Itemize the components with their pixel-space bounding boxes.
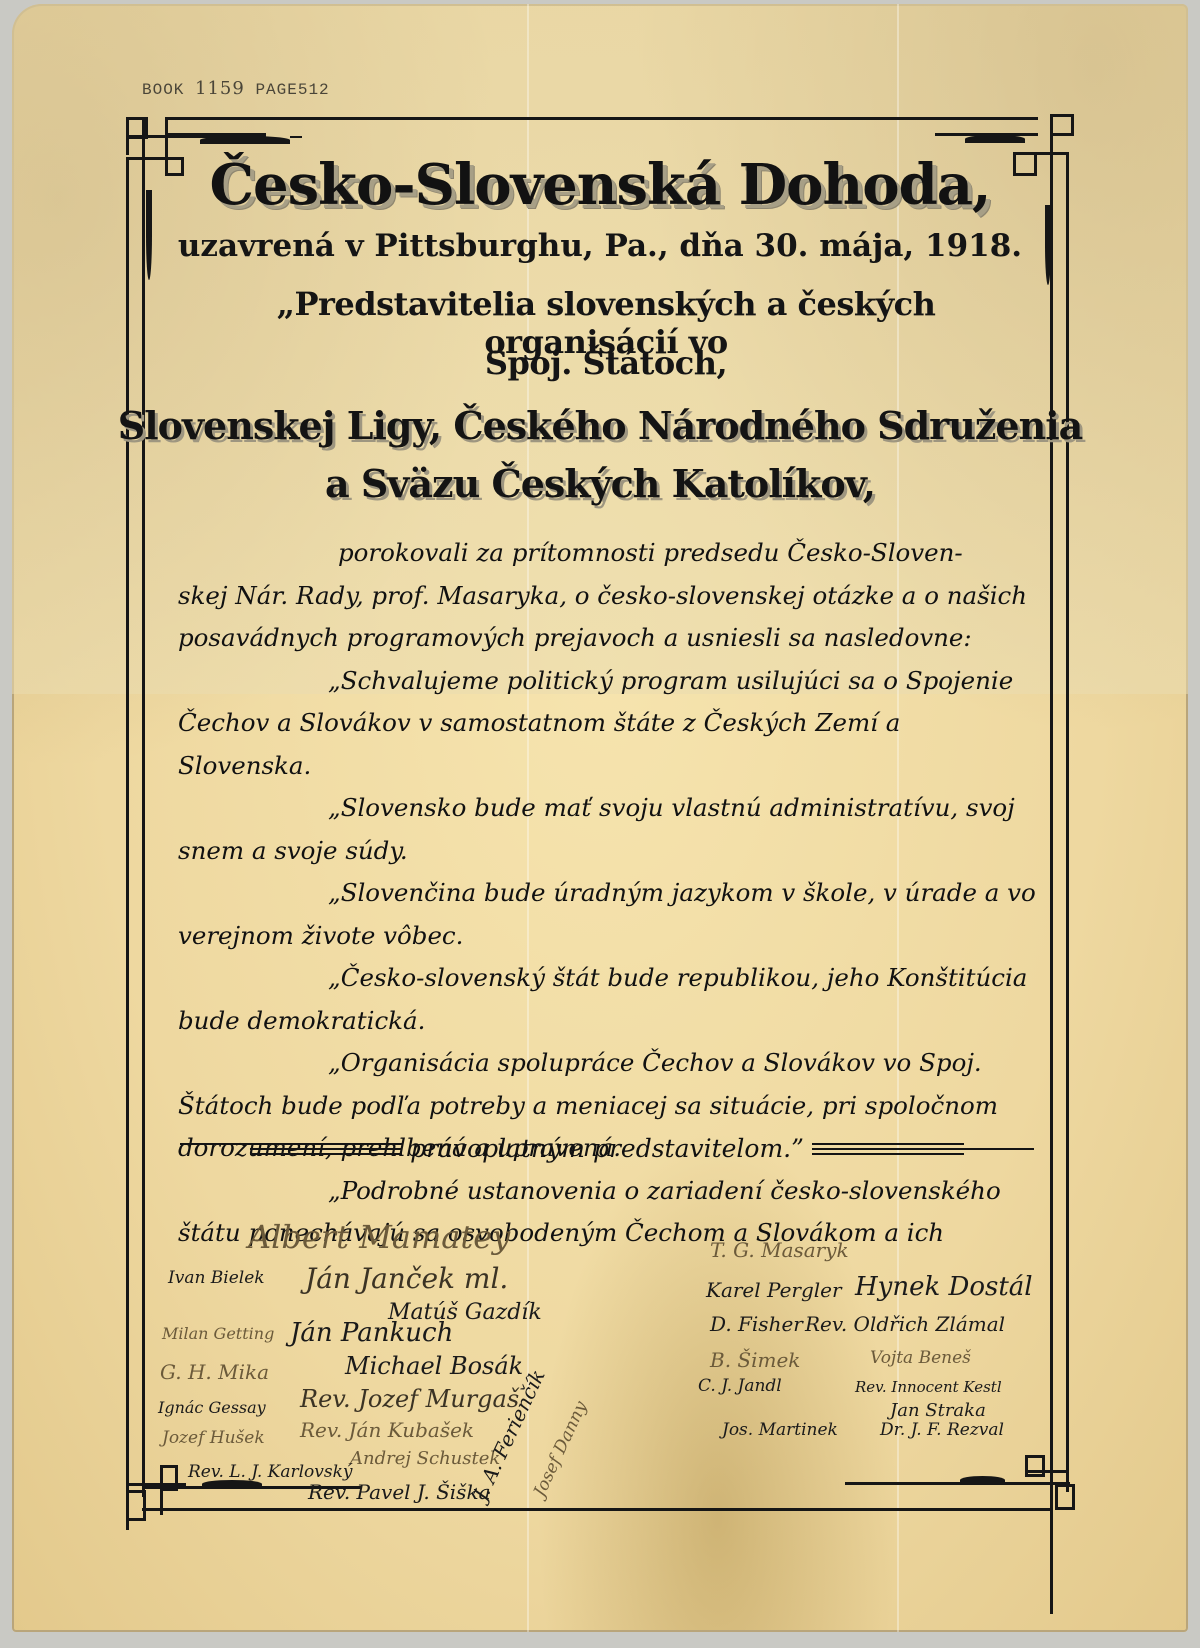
signature: Rev. Oldřich Zlámal	[805, 1312, 1005, 1336]
signature: Rev. Innocent Kestl	[855, 1378, 1002, 1396]
signatures-right: T. G. Masaryk Karel Pergler Hynek Dostál…	[0, 0, 1200, 1648]
signature: Jos. Martinek	[722, 1420, 838, 1440]
signature: Dr. J. F. Rezval	[880, 1420, 1004, 1440]
signature: D. Fisher	[710, 1312, 803, 1336]
signature: Hynek Dostál	[855, 1272, 1033, 1302]
signature: Jan Straka	[890, 1400, 986, 1421]
signature: C. J. Jandl	[698, 1376, 782, 1396]
signature: Vojta Beneš	[870, 1348, 971, 1368]
signature: B. Šimek	[710, 1348, 800, 1372]
signature: Karel Pergler	[706, 1278, 842, 1302]
signature: T. G. Masaryk	[710, 1238, 849, 1262]
